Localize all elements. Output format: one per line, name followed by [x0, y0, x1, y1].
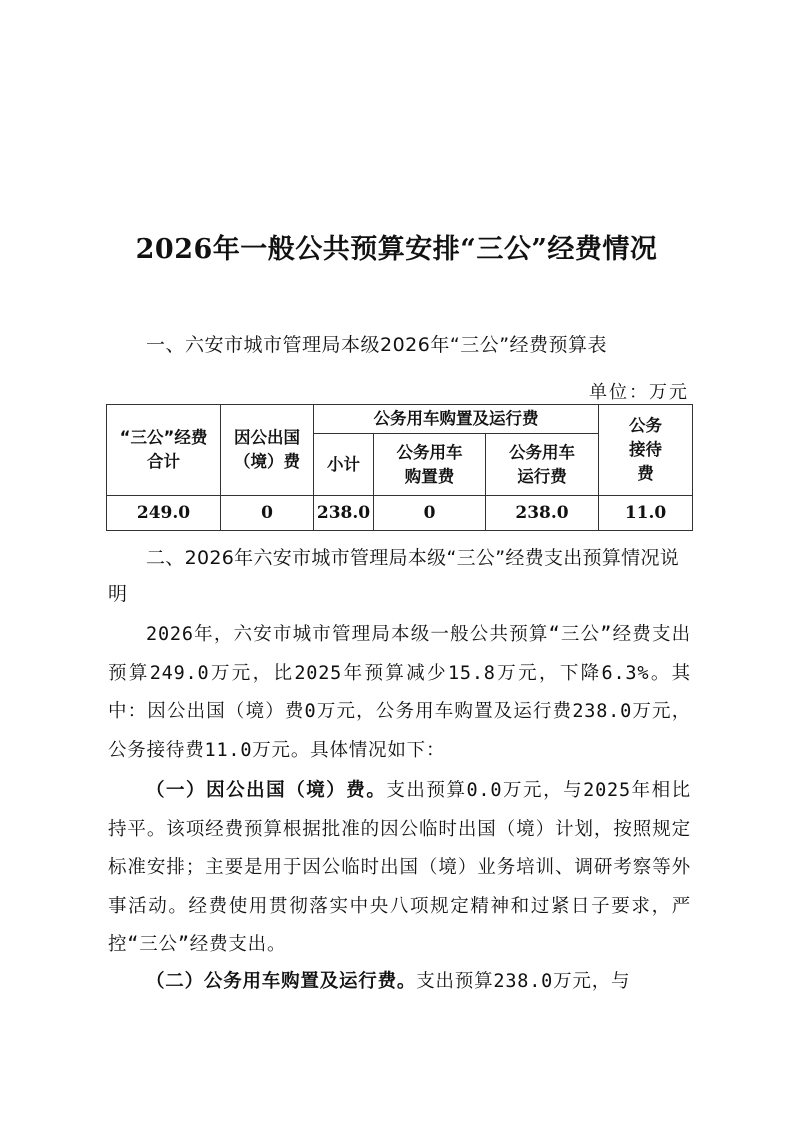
cell-overseas: 0	[221, 496, 314, 531]
paragraph-overseas-lead: （一）因公出国（境）费。	[146, 780, 386, 801]
cell-total: 249.0	[107, 496, 221, 531]
paragraph-vehicle: （二）公务用车购置及运行费。支出预算238.0万元，与	[108, 963, 691, 1002]
header-overseas: 因公出国（境）费	[221, 405, 314, 496]
paragraph-summary: 2026年，六安市城市管理局本级一般公共预算“三公”经费支出预算249.0万元，…	[108, 616, 691, 770]
cell-vehicle-operation: 238.0	[486, 496, 599, 531]
unit-label: 单位：万元	[589, 380, 689, 406]
paragraph-overseas-body: 支出预算0.0万元，与2025年相比持平。该项经费预算根据批准的因公临时出国（境…	[108, 780, 691, 955]
section-two-heading: 二、2026年六安市城市管理局本级“三公”经费支出预算情况说明	[108, 540, 691, 612]
cell-vehicle-subtotal: 238.0	[314, 496, 374, 531]
section-one-heading: 一、六安市城市管理局本级2026年“三公”经费预算表	[146, 330, 607, 360]
header-reception: 公务接待费	[599, 405, 693, 496]
cell-vehicle-purchase: 0	[374, 496, 486, 531]
budget-table: “三公”经费合计 因公出国（境）费 公务用车购置及运行费 公务接待费 小计 公务…	[106, 404, 693, 531]
cell-reception: 11.0	[599, 496, 693, 531]
table-row: 249.0 0 238.0 0 238.0 11.0	[107, 496, 693, 531]
header-total: “三公”经费合计	[107, 405, 221, 496]
header-vehicle-operation: 公务用车运行费	[486, 434, 599, 496]
header-vehicle-purchase: 公务用车购置费	[374, 434, 486, 496]
page-title: 2026年一般公共预算安排“三公”经费情况	[0, 230, 793, 270]
paragraph-vehicle-lead: （二）公务用车购置及运行费。	[146, 971, 416, 992]
header-vehicle-group: 公务用车购置及运行费	[314, 405, 599, 434]
paragraph-overseas: （一）因公出国（境）费。支出预算0.0万元，与2025年相比持平。该项经费预算根…	[108, 772, 691, 965]
header-vehicle-subtotal: 小计	[314, 434, 374, 496]
paragraph-vehicle-body: 支出预算238.0万元，与	[416, 971, 630, 992]
